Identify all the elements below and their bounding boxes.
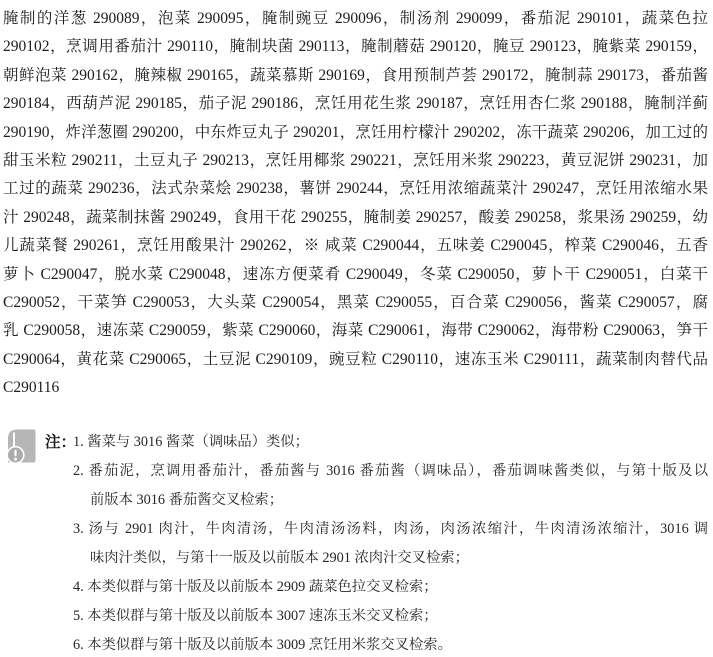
paragraph-line: 汁 290248，蔬菜制抹酱 290249，食用干花 290255，腌制姜 29…	[3, 204, 708, 232]
note-line: 6. 本类似群与第十版及以前版本 3009 烹饪用米浆交叉检索。	[73, 631, 708, 657]
paragraph-line: 工过的蔬菜 290236，法式杂菜烩 290238，薯饼 290244，烹饪用浓…	[3, 175, 708, 203]
note-line: 4. 本类似群与第十版及以前版本 2909 蔬菜色拉交叉检索；	[73, 573, 708, 602]
paragraph-line: 290184，西葫芦泥 290185，茄子泥 290186，烹饪用花生浆 290…	[3, 90, 708, 118]
book-alert-icon	[5, 429, 38, 464]
note-list: 1. 酱菜与 3016 酱菜（调味品）类似；2. 番茄泥，烹调用番茄汁，番茄酱与…	[73, 428, 708, 657]
note-line: 5. 本类似群与第十版及以前版本 3007 速冻玉米交叉检索；	[73, 602, 708, 631]
paragraph-line: C290052，干菜笋 C290053，大头菜 C290054，黑菜 C2900…	[3, 289, 708, 317]
paragraph-line: 290102，烹调用番茄汁 290110，腌制块菌 290113，腌制蘑菇 29…	[3, 33, 708, 61]
note-line: 味肉汁类似，与第十一版及以前版本 2901 浓肉汁交叉检索；	[73, 544, 708, 573]
classification-paragraph: 腌制的洋葱 290089，泡菜 290095，腌制豌豆 290096，制汤剂 2…	[3, 5, 708, 403]
note-line: 2. 番茄泥，烹调用番茄汁，番茄酱与 3016 番茄酱（调味品），番茄调味酱类似…	[73, 457, 708, 486]
notes-label: 注：	[45, 428, 76, 457]
note-line: 1. 酱菜与 3016 酱菜（调味品）类似；	[73, 428, 708, 457]
paragraph-line: C290064，黄花菜 C290065，土豆泥 C290109，豌豆粒 C290…	[3, 346, 708, 374]
paragraph-line: 朝鲜泡菜 290162，腌辣椒 290165，蔬菜慕斯 290169，食用预制芦…	[3, 62, 708, 90]
paragraph-line: 乳 C290058，速冻菜 C290059，紫菜 C290060，海菜 C290…	[3, 317, 708, 345]
note-line: 3. 汤与 2901 肉汁，牛肉清汤，牛肉清汤汤料，肉汤，肉汤浓缩汁，牛肉清汤浓…	[73, 515, 708, 544]
notes-section: 注： 1. 酱菜与 3016 酱菜（调味品）类似；2. 番茄泥，烹调用番茄汁，番…	[3, 428, 708, 657]
note-line: 前版本 3016 番茄酱交叉检索；	[73, 486, 708, 515]
paragraph-line: C290116	[3, 374, 708, 402]
paragraph-line: 290190，炸洋葱圈 290200，中东炸豆丸子 290201，烹饪用柠檬汁 …	[3, 119, 708, 147]
paragraph-line: 儿蔬菜餐 290261，烹饪用酸果汁 290262，※ 咸菜 C290044，五…	[3, 232, 708, 260]
paragraph-line: 萝卜 C290047，脱水菜 C290048，速冻方便菜肴 C290049，冬菜…	[3, 261, 708, 289]
paragraph-line: 甜玉米粒 290211，土豆丸子 290213，烹饪用椰浆 290221，烹饪用…	[3, 147, 708, 175]
paragraph-line: 腌制的洋葱 290089，泡菜 290095，腌制豌豆 290096，制汤剂 2…	[3, 5, 708, 33]
document-page: 腌制的洋葱 290089，泡菜 290095，腌制豌豆 290096，制汤剂 2…	[0, 0, 713, 657]
